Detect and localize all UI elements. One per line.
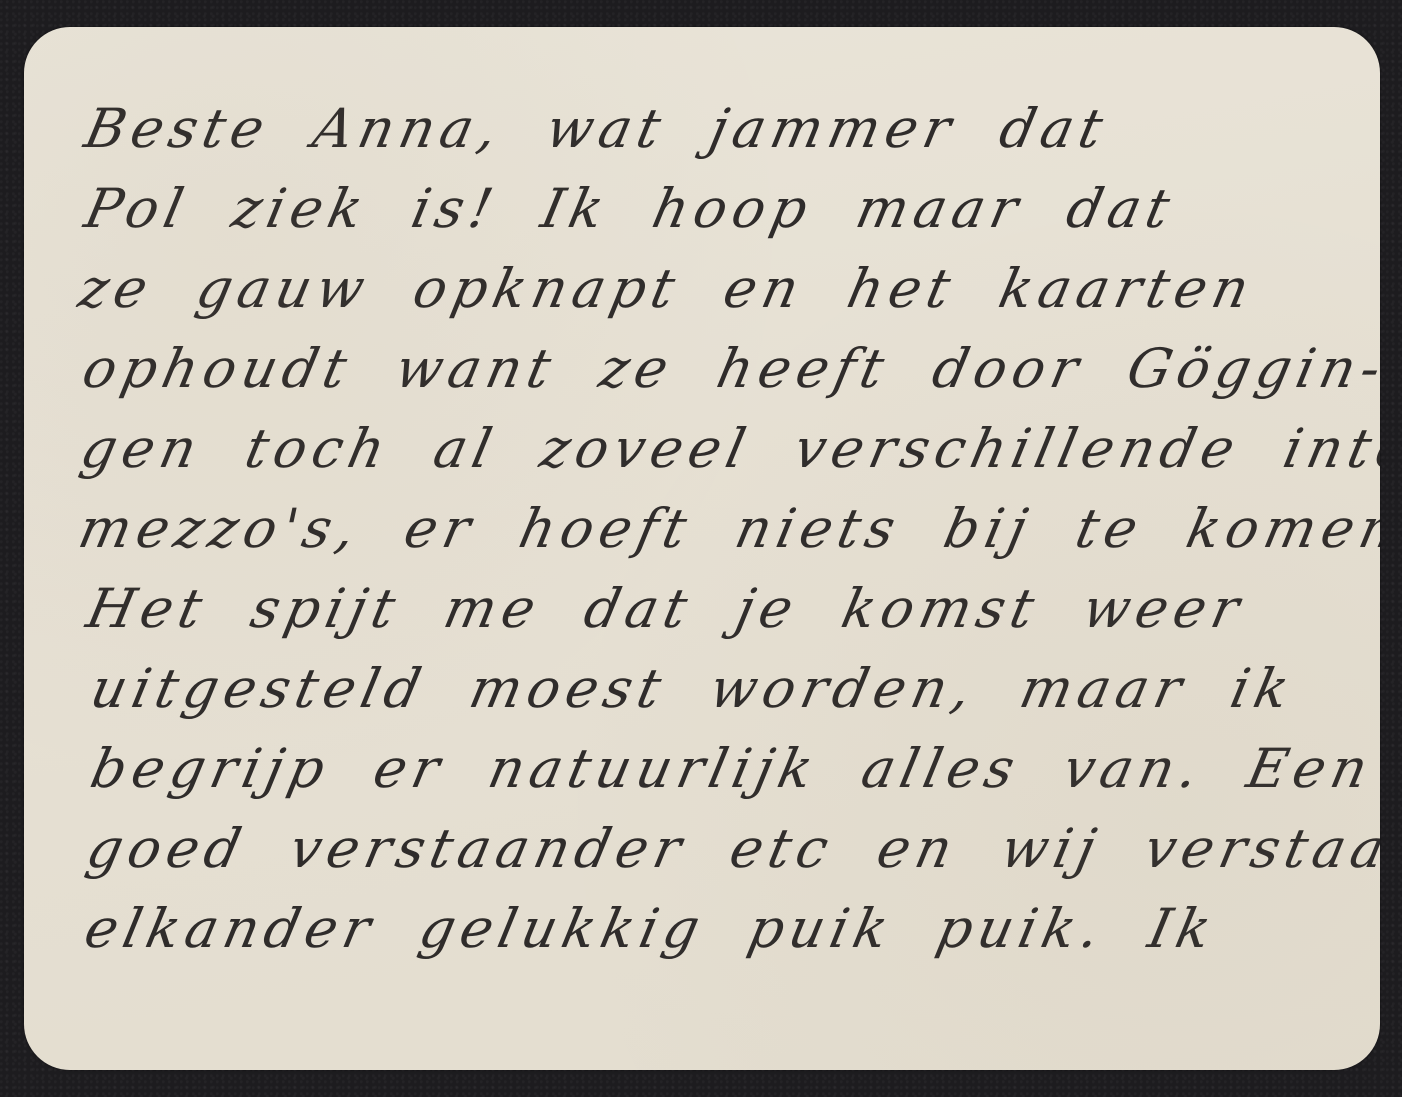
letter-line: elkander gelukkig puik puik. Ik <box>71 889 1348 969</box>
handwritten-card: Beste Anna, wat jammer dat Pol ziek is! … <box>24 27 1380 1070</box>
letter-text: Beste Anna, wat jammer dat Pol ziek is! … <box>80 89 1340 969</box>
letter-line: Het spijt me dat je komst weer <box>71 569 1348 649</box>
letter-line: Beste Anna, wat jammer dat <box>71 89 1348 169</box>
letter-line: begrijp er natuurlijk alles van. Een <box>71 729 1348 809</box>
letter-line: uitgesteld moest worden, maar ik <box>71 649 1348 729</box>
letter-line: Pol ziek is! Ik hoop maar dat <box>71 169 1348 249</box>
letter-line: ophoudt want ze heeft door Göggin- <box>71 329 1348 409</box>
letter-line: gen toch al zoveel verschillende inter- <box>71 409 1348 489</box>
letter-line: ze gauw opknapt en het kaarten <box>71 249 1348 329</box>
letter-line: goed verstaander etc en wij verstaan <box>71 809 1348 889</box>
letter-line: mezzo's, er hoeft niets bij te komen. <box>71 489 1348 569</box>
